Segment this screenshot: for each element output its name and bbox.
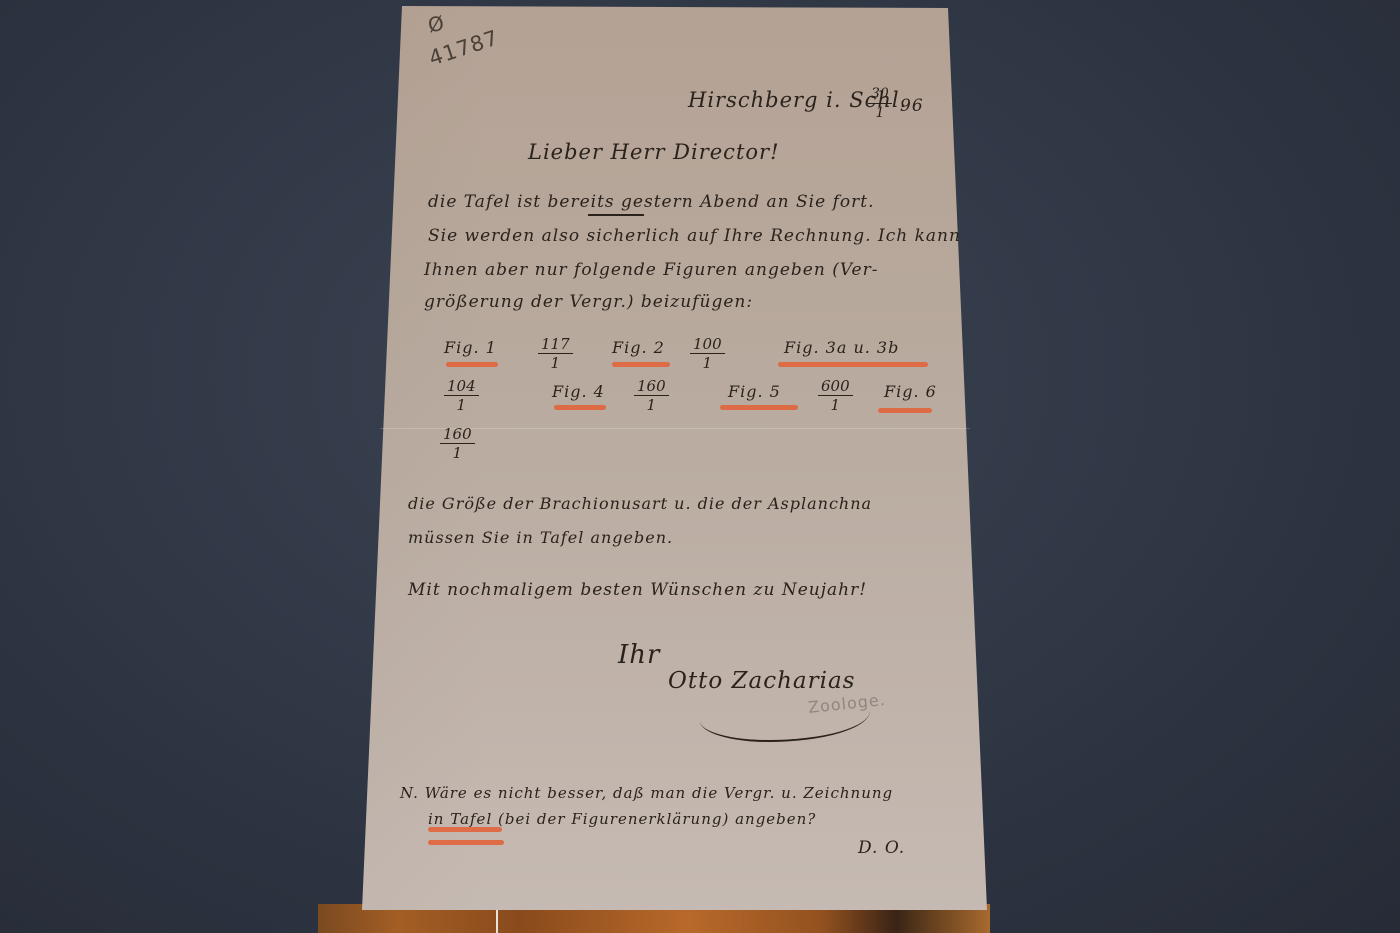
red-underline-fig-1 xyxy=(446,362,498,367)
closing: Ihr xyxy=(618,640,660,670)
fig-4-den: 1 xyxy=(647,396,657,413)
fig-4-magnification: 160 1 xyxy=(634,378,669,413)
fig-6-den: 1 xyxy=(453,444,463,461)
red-underline-fig-5 xyxy=(720,405,798,410)
fig-2-den: 1 xyxy=(703,354,713,371)
body-line-6: die Größe der Brachionusart u. die der A… xyxy=(408,494,872,513)
ink-underline-gestern xyxy=(588,214,644,216)
red-underline-fig-6 xyxy=(878,408,932,413)
fig-5-den: 1 xyxy=(831,396,841,413)
body-line-2: Sie werden also sicherlich auf Ihre Rech… xyxy=(428,226,961,246)
fig-2-magnification: 100 1 xyxy=(690,336,725,371)
fig-2-label: Fig. 2 xyxy=(612,338,665,357)
fig-6-num: 160 xyxy=(440,426,475,444)
fig-3-magnification: 104 1 xyxy=(444,378,479,413)
fig-1-num: 117 xyxy=(538,336,573,354)
fig-3-label: Fig. 3a u. 3b xyxy=(784,338,899,357)
body-line-4: größerung der Vergr.) beizufügen: xyxy=(424,292,753,312)
body-line-8: Mit nochmaligem besten Wünschen zu Neuja… xyxy=(408,580,867,600)
salutation: Lieber Herr Director! xyxy=(528,140,780,164)
fig-1-label: Fig. 1 xyxy=(444,338,497,357)
date-day: 30 xyxy=(868,86,892,104)
fig-6-magnification: 160 1 xyxy=(440,426,475,461)
fig-1-den: 1 xyxy=(551,354,561,371)
postscript-line-2: in Tafel (bei der Figurenerklärung) ange… xyxy=(428,810,816,828)
red-underline-ps-1 xyxy=(428,827,502,832)
body-line-1: die Tafel ist bereits gestern Abend an S… xyxy=(428,192,874,212)
red-underline-ps-2 xyxy=(428,840,504,845)
fig-3-den: 1 xyxy=(457,396,467,413)
date-month: 1 xyxy=(875,104,884,121)
red-underline-fig-4 xyxy=(554,405,606,410)
date-fraction: 30 1 xyxy=(868,86,892,121)
fig-6-label: Fig. 6 xyxy=(884,382,937,401)
postscript-line-1: N. Wäre es nicht besser, daß man die Ver… xyxy=(400,784,893,802)
fig-4-num: 160 xyxy=(634,378,669,396)
fig-5-magnification: 600 1 xyxy=(818,378,853,413)
fig-1-magnification: 117 1 xyxy=(538,336,573,371)
fig-3-num: 104 xyxy=(444,378,479,396)
fig-5-label: Fig. 5 xyxy=(728,382,781,401)
postscript-initials: D. O. xyxy=(858,838,905,858)
body-line-3: Ihnen aber nur folgende Figuren angeben … xyxy=(424,260,878,280)
red-underline-fig-2 xyxy=(612,362,670,367)
fig-4-label: Fig. 4 xyxy=(552,382,605,401)
red-underline-fig-3 xyxy=(778,362,928,367)
fig-2-num: 100 xyxy=(690,336,725,354)
fig-5-num: 600 xyxy=(818,378,853,396)
body-line-7: müssen Sie in Tafel angeben. xyxy=(408,528,673,547)
date-year: 96 xyxy=(900,96,924,116)
